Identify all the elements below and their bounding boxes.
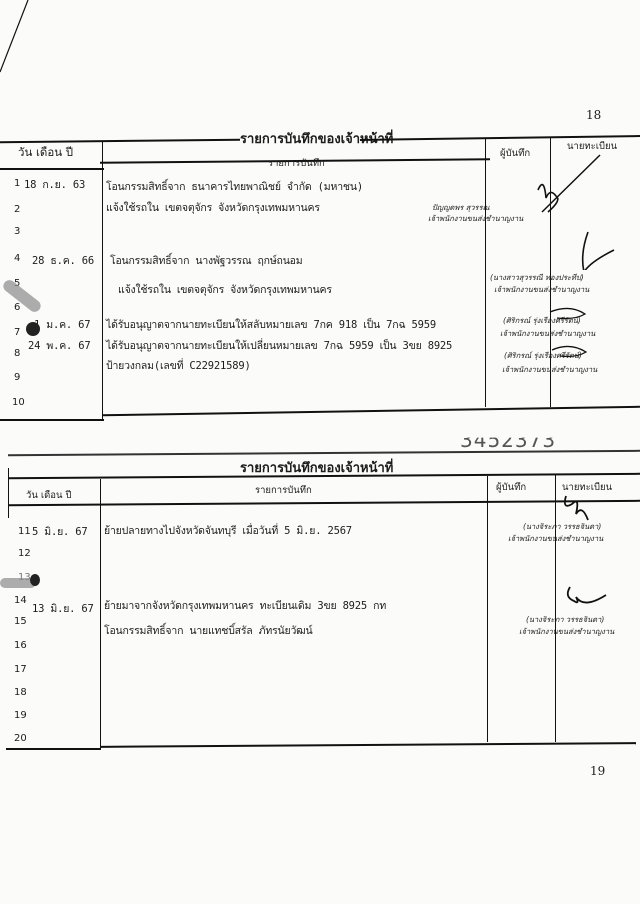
pen-tip bbox=[26, 322, 40, 336]
signature-scribble bbox=[560, 494, 600, 524]
line-number: 19 bbox=[14, 710, 27, 721]
line-number: 2 bbox=[14, 204, 20, 215]
divider bbox=[100, 742, 636, 747]
entry-text: แจ้งใช้รถใน เขตจตุจักร จังหวัดกรุงเทพมหา… bbox=[118, 281, 332, 298]
recorder-name: (นางสาวสุวรรณี ทองประทีป) bbox=[490, 272, 584, 284]
entry-text: โอนกรรมสิทธิ์จาก นายแทชบิ์สรัล ภัทรนัยวั… bbox=[104, 622, 312, 639]
page-number: 18 bbox=[586, 108, 601, 122]
recorder-name: (นางจิระภา วรรธจินดา) bbox=[526, 614, 604, 626]
divider bbox=[0, 419, 104, 421]
column-divider bbox=[100, 479, 101, 749]
column-divider bbox=[102, 141, 103, 419]
line-number: 15 bbox=[14, 616, 27, 627]
column-divider bbox=[555, 475, 556, 742]
entry-date: 1 ม.ค. 67 bbox=[34, 316, 90, 333]
pen-tip bbox=[30, 574, 40, 586]
col-header-recorder: ผู้บันทึก bbox=[496, 480, 526, 495]
line-number: 12 bbox=[18, 548, 31, 559]
col-header-registrar: นายทะเบียน bbox=[562, 480, 612, 495]
col-header-entry: รายการบันทึก bbox=[268, 156, 325, 171]
entry-date: 5 มิ.ย. 67 bbox=[32, 523, 88, 540]
signature-scribble bbox=[500, 150, 640, 270]
recorder-title: เจ้าพนักงานขนส่งชำนาญงาน bbox=[494, 284, 589, 296]
page-edge bbox=[8, 468, 9, 518]
signature-scribble bbox=[560, 585, 620, 615]
col-header-date: วัน เดือน ปี bbox=[18, 144, 73, 162]
entry-text: โอนกรรมสิทธิ์จาก ธนาคารไทยพาณิชย์ จำกัด … bbox=[106, 178, 363, 195]
line-number: 7 bbox=[14, 327, 20, 338]
line-number: 17 bbox=[14, 664, 27, 675]
entry-text: ย้ายปลายทางไปจังหวัดจันทบุรี เมื่อวันที่… bbox=[104, 522, 352, 539]
column-divider bbox=[485, 139, 486, 407]
line-number: 10 bbox=[12, 397, 25, 408]
pen-body bbox=[1, 278, 43, 315]
entry-date: 24 พ.ค. 67 bbox=[28, 337, 91, 354]
recorder-title: เจ้าพนักงานขนส่งชำนาญงาน bbox=[519, 626, 614, 638]
entry-text: แจ้งใช้รถใน เขตจตุจักร จังหวัดกรุงเทพมหา… bbox=[106, 199, 320, 216]
line-number: 4 bbox=[14, 253, 20, 264]
entry-text: ย้ายมาจากจังหวัดกรุงเทพมหานคร ทะเบียนเดิ… bbox=[104, 597, 386, 614]
recorder-title: เจ้าพนักงานขนส่งชำนาญงาน bbox=[508, 533, 603, 545]
divider bbox=[6, 748, 101, 750]
stamp-number: 3452373 bbox=[460, 428, 556, 452]
entry-text: ได้รับอนุญาตจากนายทะเบียนให้เปลี่ยนหมายเ… bbox=[106, 337, 452, 354]
line-number: 14 bbox=[14, 595, 27, 606]
entry-date: 13 มิ.ย. 67 bbox=[32, 600, 94, 617]
line-number: 9 bbox=[14, 372, 20, 383]
divider bbox=[0, 168, 104, 170]
page-edge bbox=[8, 450, 640, 456]
column-divider bbox=[487, 476, 488, 742]
line-number: 18 bbox=[14, 687, 27, 698]
divider bbox=[102, 406, 640, 416]
stray-pen-line bbox=[0, 0, 40, 80]
entry-text: ป้ายวงกลม(เลขที่ C22921589) bbox=[106, 357, 251, 374]
col-header-entry: รายการบันทึก bbox=[255, 483, 312, 498]
entry-text: ได้รับอนุญาตจากนายทะเบียนให้สลับหมายเลข … bbox=[106, 316, 436, 333]
divider bbox=[0, 139, 240, 143]
entry-date: 18 ก.ย. 63 bbox=[24, 176, 85, 193]
entry-text: โอนกรรมสิทธิ์จาก นางพัฐวรรณ ฤกษ์ถนอม bbox=[110, 252, 303, 269]
line-number: 3 bbox=[14, 226, 20, 237]
line-number: 1 bbox=[14, 178, 20, 189]
signature-scribble bbox=[540, 300, 600, 375]
line-number: 11 bbox=[18, 526, 31, 537]
line-number: 20 bbox=[14, 733, 27, 744]
line-number: 6 bbox=[14, 302, 20, 313]
line-number: 16 bbox=[14, 640, 27, 651]
line-number: 8 bbox=[14, 348, 20, 359]
divider bbox=[8, 500, 640, 506]
entry-date: 28 ธ.ค. 66 bbox=[32, 252, 94, 269]
page-number: 19 bbox=[590, 764, 605, 778]
col-header-date: วัน เดือน ปี bbox=[26, 488, 72, 503]
